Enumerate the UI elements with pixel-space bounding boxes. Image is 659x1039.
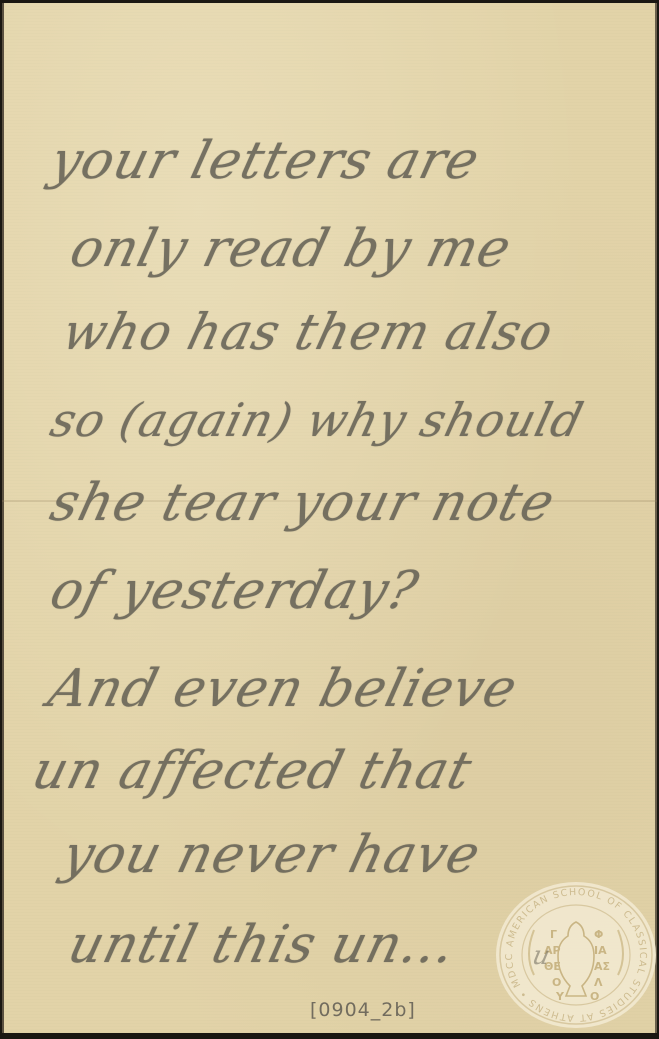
svg-text:ΑΣ: ΑΣ <box>594 960 610 973</box>
handwritten-line-6: of yesterday? <box>45 561 425 621</box>
handwritten-line-5: she tear your note <box>45 473 562 533</box>
svg-text:Υ: Υ <box>555 990 565 1003</box>
handwritten-line-9: you never have <box>57 825 487 885</box>
handwritten-line-1: your letters are <box>45 131 486 191</box>
archive-seal-stamp: AMERICAN SCHOOL OF CLASSICAL STUDIES AT … <box>494 880 658 1030</box>
handwritten-line-3: who has them also <box>57 303 560 361</box>
svg-text:Ο: Ο <box>590 990 599 1003</box>
svg-text:Ο: Ο <box>552 976 561 989</box>
letter-page: your letters are only read by me who has… <box>2 3 657 1033</box>
svg-text:Λ: Λ <box>594 976 603 989</box>
paper-edge-left <box>2 3 4 1033</box>
paper-edge-right <box>655 3 657 1033</box>
archive-reference-label: [0904_2b] <box>310 999 416 1021</box>
svg-text:ΙΑ: ΙΑ <box>594 944 607 957</box>
handwritten-line-8: un affected that <box>27 741 479 801</box>
seal-emblem-icon: AMERICAN SCHOOL OF CLASSICAL STUDIES AT … <box>494 880 658 1030</box>
handwritten-line-4: so (again) why should <box>45 393 589 447</box>
handwritten-line-2: only read by me <box>65 219 518 279</box>
handwritten-line-10: until this un... <box>63 915 462 975</box>
handwritten-line-7: And even believe <box>43 659 524 719</box>
svg-text:Φ: Φ <box>594 928 603 941</box>
svg-text:Γ: Γ <box>550 928 557 941</box>
